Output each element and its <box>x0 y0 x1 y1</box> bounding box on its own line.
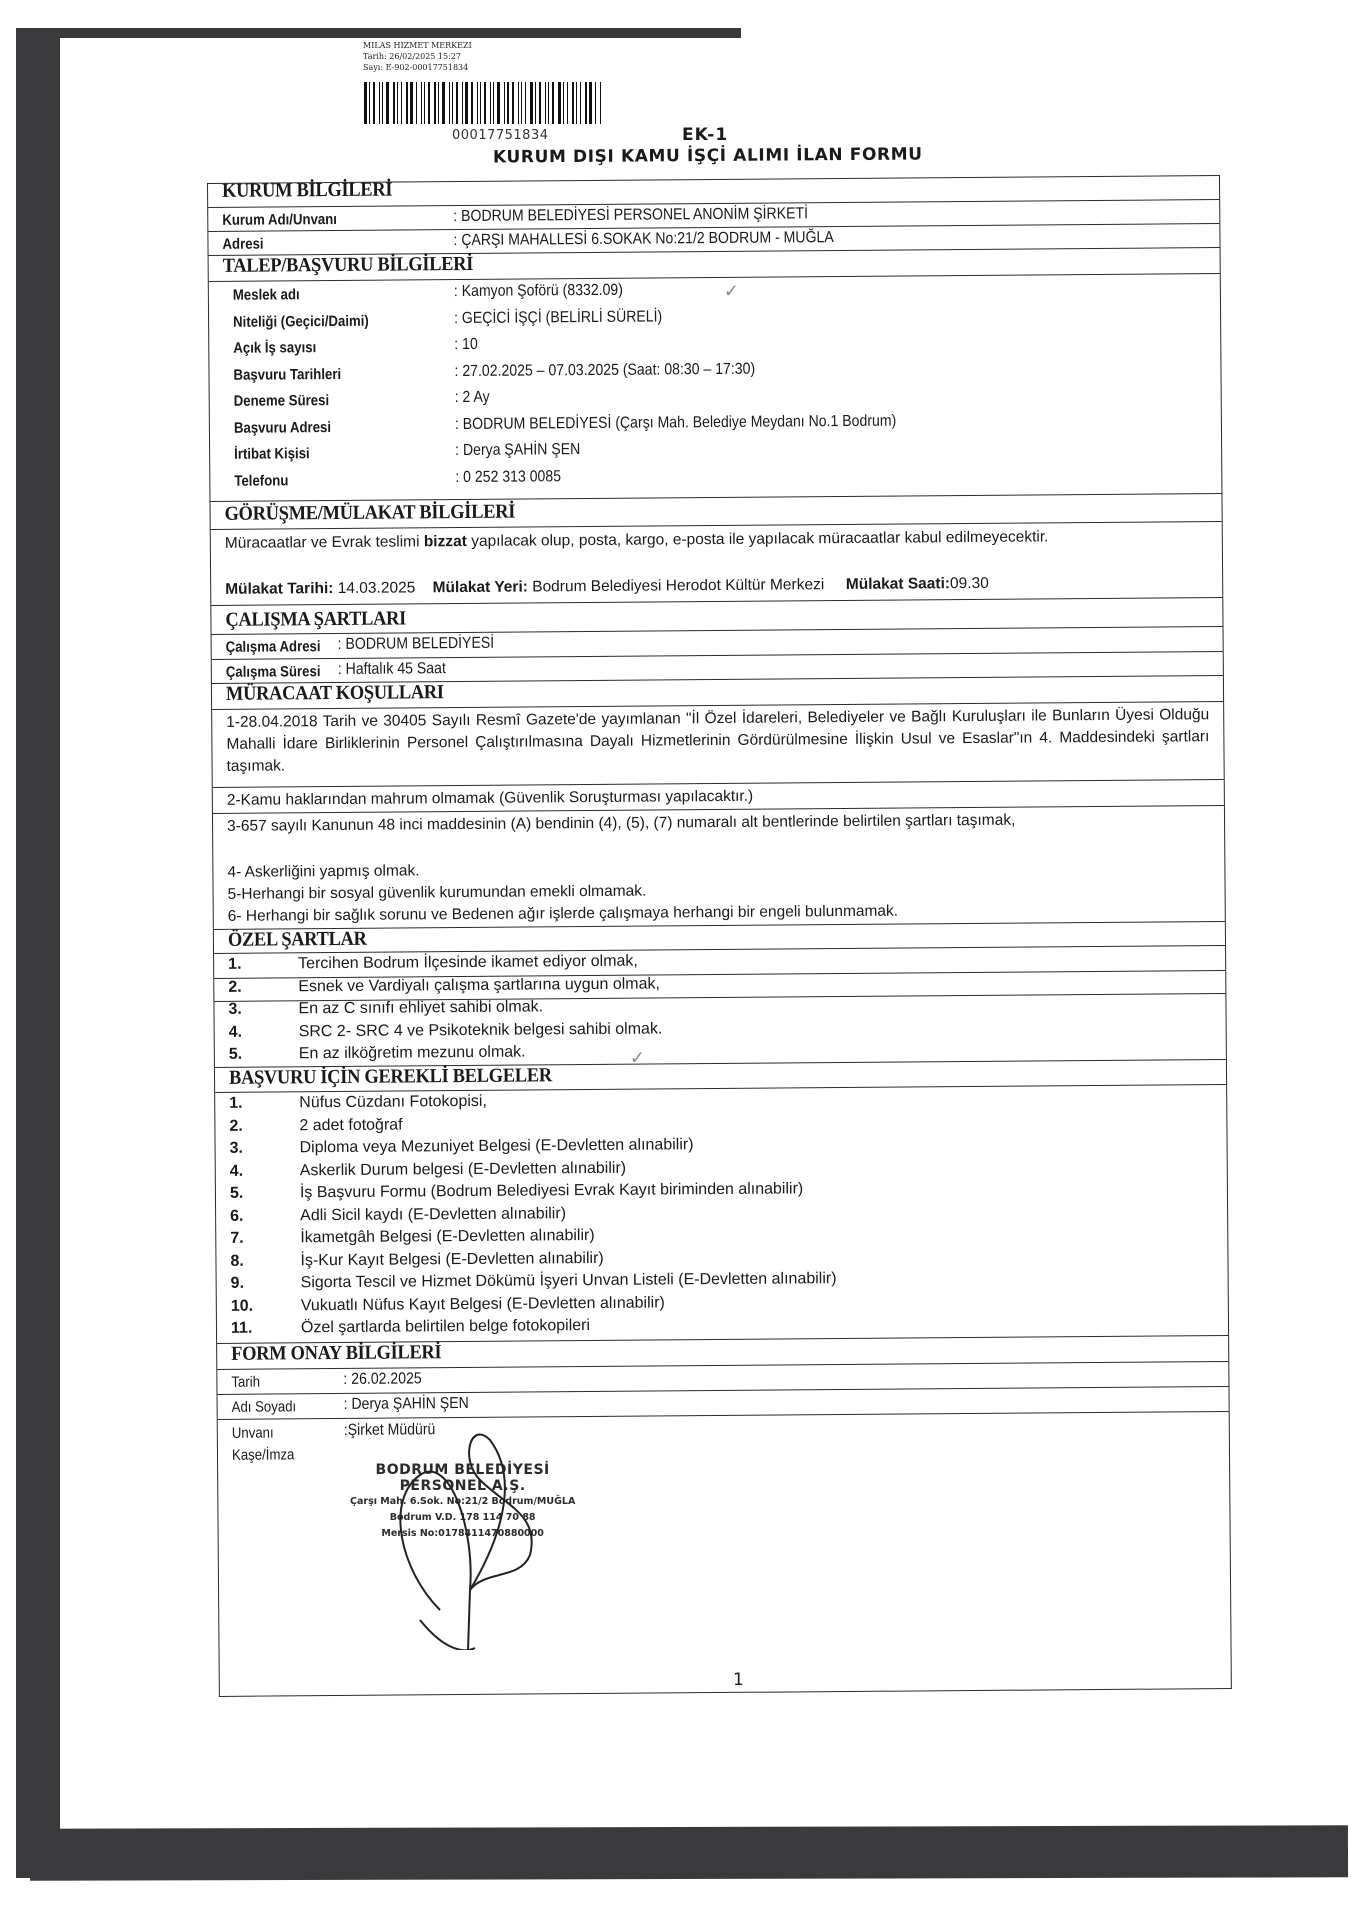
field-label: Çalışma Süresi <box>226 663 321 681</box>
section-calisma-heading: ÇALIŞMA ŞARTLARI <box>225 607 406 631</box>
field-label: Meslek adı <box>233 286 300 304</box>
condition-1: 1-28.04.2018 Tarih ve 30405 Sayılı Resmî… <box>226 704 1209 778</box>
section-gorusme-heading: GÖRÜŞME/MÜLAKAT BİLGİLERİ <box>225 501 516 526</box>
interview-place-label: Mülakat Yeri: <box>432 578 527 596</box>
registry-office: MILAS HIZMET MERKEZI <box>363 40 472 51</box>
calisma-row: Çalışma Süresi : Haftalık 45 Saat <box>226 661 334 682</box>
section-ozel-heading: ÖZEL ŞARTLAR <box>228 928 367 952</box>
field-label: Başvuru Adresi <box>234 419 331 437</box>
item-number: 5. <box>229 1045 299 1064</box>
talep-row: Deneme Süresi: 2 Ay <box>234 390 343 411</box>
document-item: 11.Özel şartlarda belirtilen belge fotok… <box>231 1317 590 1338</box>
notice-text: Müracaatlar ve Evrak teslimi <box>225 533 424 552</box>
document-item: 3.Diploma veya Mezuniyet Belgesi (E-Devl… <box>230 1136 694 1158</box>
registry-number: Sayı: E-902-00017751834 <box>363 62 472 73</box>
document-item: 5.İş Başvuru Formu (Bodrum Belediyesi Ev… <box>230 1180 803 1203</box>
document-item: 1.Nüfus Cüzdanı Fotokopisi, <box>229 1093 487 1113</box>
field-label: Adresi <box>222 236 263 253</box>
kurum-row: Adresi : ÇARŞI MAHALLESİ 6.SOKAK No:21/2… <box>222 234 269 254</box>
talep-row: İrtibat Kişisi: Derya ŞAHİN ŞEN <box>234 443 320 464</box>
field-value: : ÇARŞI MAHALLESİ 6.SOKAK No:21/2 BODRUM… <box>453 229 833 250</box>
interview-details: Mülakat Tarihi: 14.03.2025 Mülakat Yeri:… <box>225 571 1208 601</box>
barcode-number: 00017751834 <box>452 128 548 143</box>
scan-border-bottom <box>30 1825 1348 1880</box>
document-item: 9.Sigorta Tescil ve Hizmet Dökümü İşyeri… <box>231 1270 837 1293</box>
interview-time-label: Mülakat Saati: <box>846 575 950 593</box>
ozel-item: 4.SRC 2- SRC 4 ve Psikoteknik belgesi sa… <box>229 1020 663 1041</box>
field-label: İrtibat Kişisi <box>234 445 310 463</box>
section-belgeler-heading: BAŞVURU İÇİN GEREKLİ BELGELER <box>229 1064 552 1090</box>
ozel-item: 5.En az ilköğretim mezunu olmak. <box>229 1044 526 1064</box>
document-item: 6.Adli Sicil kaydı (E-Devletten alınabil… <box>230 1205 566 1226</box>
item-text: Adli Sicil kaydı (E-Devletten alınabilir… <box>300 1205 566 1224</box>
item-text: Diploma veya Mezuniyet Belgesi (E-Devlet… <box>300 1136 694 1156</box>
item-text: Sigorta Tescil ve Hizmet Dökümü İşyeri U… <box>301 1270 837 1291</box>
signature-icon <box>380 1420 610 1650</box>
item-text: Özel şartlarda belirtilen belge fotokopi… <box>301 1317 590 1336</box>
field-label: Tarih <box>231 1374 260 1391</box>
talep-row: Telefonu: 0 252 313 0085 <box>234 470 296 490</box>
interview-date: 14.03.2025 <box>333 579 415 597</box>
section-kurum-heading: KURUM BİLGİLERİ <box>222 179 392 203</box>
item-number: 2. <box>228 978 298 997</box>
scan-border-left <box>16 30 60 1878</box>
field-value: : Kamyon Şoförü (8332.09) <box>454 282 623 301</box>
ozel-item: 3.En az C sınıfı ehliyet sahibi olmak. <box>228 998 543 1018</box>
field-label: Çalışma Adresi <box>226 638 321 656</box>
divider <box>210 493 1221 502</box>
item-text: Vukuatlı Nüfus Kayıt Belgesi (E-Devlette… <box>301 1294 665 1314</box>
field-label: Unvanı <box>232 1425 274 1442</box>
item-number: 10. <box>231 1297 301 1316</box>
item-number: 1. <box>228 955 298 974</box>
item-text: SRC 2- SRC 4 ve Psikoteknik belgesi sahi… <box>299 1020 663 1040</box>
field-value: : GEÇİCİ İŞÇİ (BELİRLİ SÜRELİ) <box>454 308 662 328</box>
item-text: Nüfus Cüzdanı Fotokopisi, <box>299 1093 487 1111</box>
item-text: En az C sınıfı ehliyet sahibi olmak. <box>298 998 543 1017</box>
annex-label: EK-1 <box>682 125 728 145</box>
barcode-icon <box>364 82 629 124</box>
interview-place: Bodrum Belediyesi Herodot Kültür Merkezi <box>528 576 824 595</box>
kurum-row: Kurum Adı/Unvanı : BODRUM BELEDİYESİ PER… <box>222 209 352 230</box>
item-number: 3. <box>230 1139 300 1158</box>
notice-emphasis: bizzat <box>424 533 467 550</box>
registry-date: Tarih: 26/02/2025 15:27 <box>363 51 472 62</box>
field-label: Niteliği (Geçici/Daimi) <box>233 312 369 330</box>
section-talep-heading: TALEP/BAŞVURU BİLGİLERİ <box>223 253 474 278</box>
field-value: : 0 252 313 0085 <box>455 468 561 487</box>
talep-row: Niteliği (Geçici/Daimi): GEÇİCİ İŞÇİ (BE… <box>233 310 387 331</box>
field-value: : 27.02.2025 – 07.03.2025 (Saat: 08:30 –… <box>454 360 755 380</box>
onay-row: Adı Soyadı : Derya ŞAHİN ŞEN <box>232 1396 306 1417</box>
field-value: : Derya ŞAHİN ŞEN <box>455 441 580 460</box>
scan-border-top <box>16 28 741 38</box>
document-item: 4.Askerlik Durum belgesi (E-Devletten al… <box>230 1159 626 1180</box>
item-number: 3. <box>228 1000 298 1019</box>
document-item: 2.2 adet fotoğraf <box>229 1116 402 1135</box>
item-number: 4. <box>230 1162 300 1181</box>
checkmark-icon: ✓ <box>724 281 739 302</box>
field-label: Kaşe/İmza <box>232 1446 295 1463</box>
item-text: Esnek ve Vardiyalı çalışma şartlarına uy… <box>298 975 660 995</box>
item-number: 7. <box>230 1229 300 1248</box>
page-number: 1 <box>733 1670 744 1690</box>
item-text: İkametgâh Belgesi (E-Devletten alınabili… <box>300 1227 594 1246</box>
item-text: İş-Kur Kayıt Belgesi (E-Devletten alınab… <box>300 1249 603 1268</box>
field-value: : 10 <box>454 336 478 354</box>
item-number: 1. <box>229 1094 299 1113</box>
field-label: Açık İş sayısı <box>233 339 316 357</box>
item-number: 8. <box>230 1252 300 1271</box>
talep-row: Başvuru Adresi: BODRUM BELEDİYESİ (Çarşı… <box>234 416 344 437</box>
field-label: Başvuru Tarihleri <box>233 365 341 383</box>
item-text: İş Başvuru Formu (Bodrum Belediyesi Evra… <box>300 1180 803 1201</box>
item-number: 4. <box>229 1023 299 1042</box>
field-label: Kurum Adı/Unvanı <box>222 211 337 229</box>
talep-row: Meslek adı: Kamyon Şoförü (8332.09) <box>233 284 309 305</box>
field-value: : BODRUM BELEDİYESİ PERSONEL ANONİM ŞİRK… <box>453 205 808 226</box>
talep-row: Başvuru Tarihleri: 27.02.2025 – 07.03.20… <box>233 363 355 384</box>
field-label: Telefonu <box>234 472 288 489</box>
item-number: 6. <box>230 1207 300 1226</box>
item-number: 2. <box>229 1117 299 1136</box>
ozel-item: 2.Esnek ve Vardiyalı çalışma şartlarına … <box>228 975 660 996</box>
interview-date-label: Mülakat Tarihi: <box>225 580 333 598</box>
form-title: KURUM DIŞI KAMU İŞÇİ ALIMI İLAN FORMU <box>493 145 923 168</box>
section-onay-heading: FORM ONAY BİLGİLERİ <box>231 1341 441 1366</box>
field-value: : 2 Ay <box>455 389 490 407</box>
interview-time: 09.30 <box>950 575 989 592</box>
ozel-item: 1.Tercihen Bodrum İlçesinde ikamet ediyo… <box>228 953 638 974</box>
document-item: 10.Vukuatlı Nüfus Kayıt Belgesi (E-Devle… <box>231 1294 665 1315</box>
submission-notice: Müracaatlar ve Evrak teslimi bizzat yapı… <box>225 525 1208 555</box>
field-value: : Haftalık 45 Saat <box>338 660 446 679</box>
item-number: 5. <box>230 1184 300 1203</box>
item-text: En az ilköğretim mezunu olmak. <box>299 1044 526 1063</box>
document-item: 7.İkametgâh Belgesi (E-Devletten alınabi… <box>230 1227 594 1248</box>
onay-row: Tarih : 26.02.2025 <box>231 1372 264 1392</box>
notice-text: yapılacak olup, posta, kargo, e-posta il… <box>467 528 1049 550</box>
section-muracaat-heading: MÜRACAAT KOŞULLARI <box>226 681 444 706</box>
checkmark-icon: ✓ <box>630 1048 645 1069</box>
field-value: : 26.02.2025 <box>343 1370 421 1389</box>
item-number: 9. <box>231 1274 301 1293</box>
item-number: 11. <box>231 1319 301 1338</box>
field-label: Deneme Süresi <box>234 392 330 410</box>
registry-stamp: MILAS HIZMET MERKEZI Tarih: 26/02/2025 1… <box>363 40 472 73</box>
item-text: Tercihen Bodrum İlçesinde ikamet ediyor … <box>298 953 638 973</box>
field-value: : Derya ŞAHİN ŞEN <box>344 1395 469 1414</box>
field-value: : BODRUM BELEDİYESİ <box>338 635 495 654</box>
item-text: Askerlik Durum belgesi (E-Devletten alın… <box>300 1159 626 1179</box>
talep-row: Açık İş sayısı: 10 <box>233 337 327 358</box>
onay-row: Kaşe/İmza <box>232 1444 303 1465</box>
calisma-row: Çalışma Adresi : BODRUM BELEDİYESİ <box>226 636 334 657</box>
item-text: 2 adet fotoğraf <box>299 1116 402 1134</box>
onay-row: Unvanı :Şirket Müdürü <box>232 1422 280 1442</box>
document-item: 8.İş-Kur Kayıt Belgesi (E-Devletten alın… <box>230 1249 603 1270</box>
field-value: : BODRUM BELEDİYESİ (Çarşı Mah. Belediye… <box>455 412 896 433</box>
field-label: Adı Soyadı <box>232 1398 297 1416</box>
